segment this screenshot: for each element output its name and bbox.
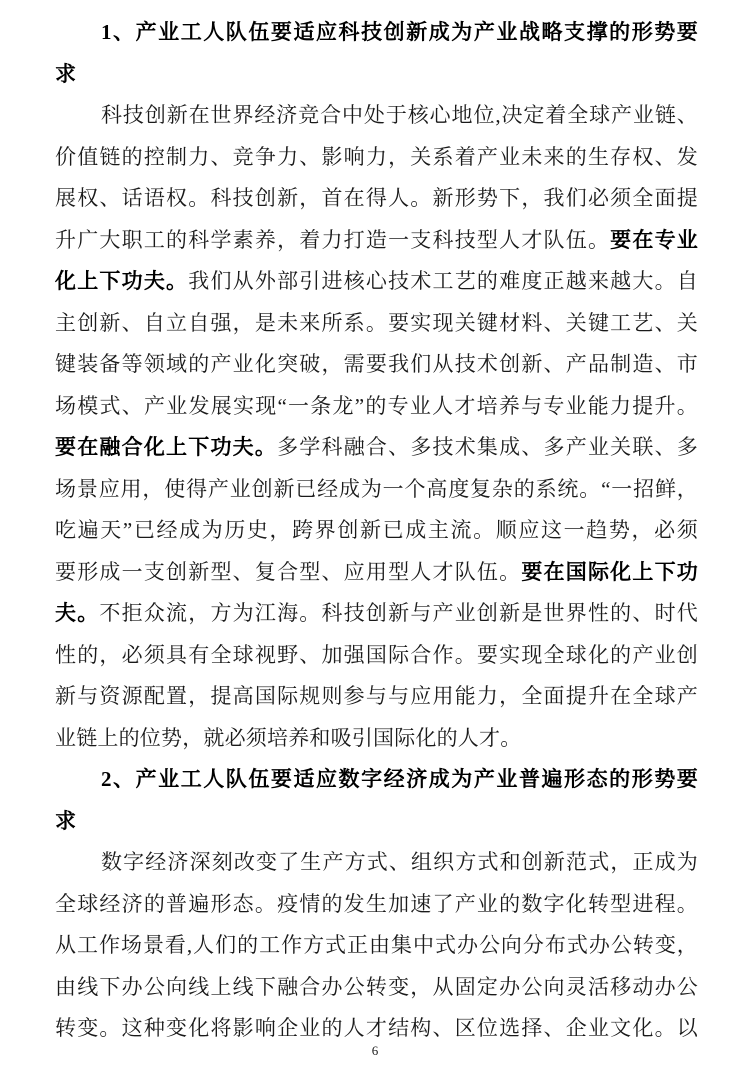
document-text-block: 1、产业工人队伍要适应科技创新成为产业战略支撑的形势要求科技创新在世界经济竞合中… [55, 12, 698, 1050]
text-segment: 新与资源配置，提高国际规则参与与应用能力，全面提升在全球产 [55, 684, 698, 708]
text-segment: 不拒众流，方为江海。科技创新与产业创新是世界性的、时代 [99, 601, 698, 625]
bold-text-segment: 化上下功夫。 [55, 269, 188, 293]
text-segment: 吃遍天”已经成为历史，跨界创新已成主流。顺应这一趋势，必须 [55, 518, 698, 542]
body-text-line: 性的，必须具有全球视野、加强国际合作。要实现全球化的产业创 [55, 635, 698, 677]
text-segment: 主创新、自立自强，是未来所系。要实现关键材料、关键工艺、关 [55, 311, 698, 335]
bold-text-segment: 1、产业工人队伍要适应科技创新成为产业战略支撑的形势要 [101, 20, 698, 44]
body-text-line: 要在融合化上下功夫。多学科融合、多技术集成、多产业关联、多 [55, 427, 698, 469]
text-segment: 多学科融合、多技术集成、多产业关联、多 [277, 435, 698, 459]
heading-line: 2、产业工人队伍要适应数字经济成为产业普遍形态的形势要 [55, 759, 698, 801]
heading-line: 1、产业工人队伍要适应科技创新成为产业战略支撑的形势要 [55, 12, 698, 54]
text-segment: 从工作场景看,人们的工作方式正由集中式办公向分布式办公转变， [55, 933, 698, 957]
body-text-line: 场景应用，使得产业创新已经成为一个高度复杂的系统。“一招鲜， [55, 469, 698, 511]
body-text-line: 科技创新在世界经济竞合中处于核心地位,决定着全球产业链、 [55, 95, 698, 137]
text-segment: 要形成一支创新型、复合型、应用型人才队伍。 [55, 560, 521, 584]
body-text-line: 由线下办公向线上线下融合办公转变，从固定办公向灵活移动办公 [55, 967, 698, 1009]
bold-text-segment: 夫。 [55, 601, 99, 625]
body-text-line: 场模式、产业发展实现“一条龙”的专业人才培养与专业能力提升。 [55, 386, 698, 428]
body-text-line: 从工作场景看,人们的工作方式正由集中式办公向分布式办公转变， [55, 925, 698, 967]
body-text-line: 化上下功夫。我们从外部引进核心技术工艺的难度正越来越大。自 [55, 261, 698, 303]
text-segment: 展权、话语权。科技创新，首在得人。新形势下，我们必须全面提 [55, 186, 698, 210]
body-text-line: 键装备等领域的产业化突破，需要我们从技术创新、产品制造、市 [55, 344, 698, 386]
body-text-line: 夫。不拒众流，方为江海。科技创新与产业创新是世界性的、时代 [55, 593, 698, 635]
text-segment: 业链上的位势，就必须培养和吸引国际化的人才。 [55, 726, 521, 750]
heading-line: 求 [55, 54, 698, 96]
body-text-line: 主创新、自立自强，是未来所系。要实现关键材料、关键工艺、关 [55, 303, 698, 345]
text-segment: 转变。这种变化将影响企业的人才结构、区位选择、企业文化。以 [55, 1016, 698, 1040]
page-number: 6 [0, 1042, 750, 1060]
bold-text-segment: 求 [55, 809, 76, 833]
heading-line: 求 [55, 801, 698, 843]
text-segment: 数字经济深刻改变了生产方式、组织方式和创新范式，正成为 [101, 850, 698, 874]
bold-text-segment: 2、产业工人队伍要适应数字经济成为产业普遍形态的形势要 [101, 767, 698, 791]
bold-text-segment: 要在专业 [610, 228, 698, 252]
body-text-line: 业链上的位势，就必须培养和吸引国际化的人才。 [55, 718, 698, 760]
body-text-line: 全球经济的普遍形态。疫情的发生加速了产业的数字化转型进程。 [55, 884, 698, 926]
text-segment: 我们从外部引进核心技术工艺的难度正越来越大。自 [188, 269, 698, 293]
bold-text-segment: 要在国际化上下功 [521, 560, 698, 584]
text-segment: 全球经济的普遍形态。疫情的发生加速了产业的数字化转型进程。 [55, 892, 698, 916]
text-segment: 场模式、产业发展实现“一条龙”的专业人才培养与专业能力提升。 [55, 394, 698, 418]
text-segment: 场景应用，使得产业创新已经成为一个高度复杂的系统。“一招鲜， [55, 477, 698, 501]
body-text-line: 新与资源配置，提高国际规则参与与应用能力，全面提升在全球产 [55, 676, 698, 718]
body-text-line: 升广大职工的科学素养，着力打造一支科技型人才队伍。要在专业 [55, 220, 698, 262]
bold-text-segment: 要在融合化上下功夫。 [55, 435, 277, 459]
text-segment: 性的，必须具有全球视野、加强国际合作。要实现全球化的产业创 [55, 643, 698, 667]
body-text-line: 要形成一支创新型、复合型、应用型人才队伍。要在国际化上下功 [55, 552, 698, 594]
body-text-line: 数字经济深刻改变了生产方式、组织方式和创新范式，正成为 [55, 842, 698, 884]
text-segment: 科技创新在世界经济竞合中处于核心地位,决定着全球产业链、 [101, 103, 698, 127]
text-segment: 升广大职工的科学素养，着力打造一支科技型人才队伍。 [55, 228, 610, 252]
text-segment: 由线下办公向线上线下融合办公转变，从固定办公向灵活移动办公 [55, 975, 698, 999]
body-text-line: 价值链的控制力、竞争力、影响力，关系着产业未来的生存权、发 [55, 137, 698, 179]
document-page: 1、产业工人队伍要适应科技创新成为产业战略支撑的形势要求科技创新在世界经济竞合中… [0, 0, 750, 1080]
text-segment: 键装备等领域的产业化突破，需要我们从技术创新、产品制造、市 [55, 352, 698, 376]
body-text-line: 吃遍天”已经成为历史，跨界创新已成主流。顺应这一趋势，必须 [55, 510, 698, 552]
bold-text-segment: 求 [55, 62, 76, 86]
body-text-line: 展权、话语权。科技创新，首在得人。新形势下，我们必须全面提 [55, 178, 698, 220]
text-segment: 价值链的控制力、竞争力、影响力，关系着产业未来的生存权、发 [55, 145, 698, 169]
